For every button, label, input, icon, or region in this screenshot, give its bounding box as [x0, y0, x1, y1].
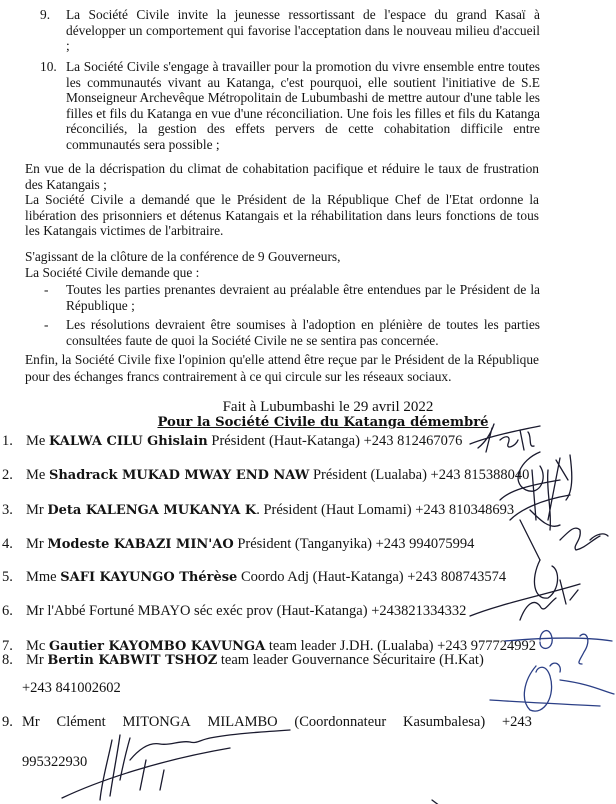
bullet-item: - Les résolutions devraient être soumise…	[40, 317, 540, 348]
signatory-role: Président (Lualaba)	[313, 467, 427, 483]
signatory-number: 4.	[2, 536, 26, 553]
bullet-text: Toutes les parties prenantes devraient a…	[66, 282, 540, 313]
signatory-heading: Pour la Société Civile du Katanga démemb…	[0, 415, 616, 430]
signatory-role: Président (Haut-Katanga)	[211, 433, 360, 449]
signatory-role: séc exéc prov (Haut-Katanga)	[194, 603, 368, 619]
signature-6	[470, 580, 580, 620]
signatory-title: Me	[26, 467, 45, 483]
signatory-role: team leader Gouvernance Sécuritaire (H.K…	[221, 652, 484, 668]
signatory-name: Deta KALENGA MUKANYA K	[47, 503, 256, 518]
signatory-phone: +243 994075994	[376, 536, 475, 552]
place-date: Fait à Lubumbashi le 29 avril 2022	[0, 399, 616, 416]
signatory-role: Président (Tanganyika)	[237, 536, 372, 552]
item-number: 10.	[40, 59, 57, 75]
signatory-name: KALWA CILU Ghislain	[49, 434, 208, 449]
signatory-role: Coordo Adj (Haut-Katanga)	[241, 569, 404, 585]
signatory-name: SAFI KAYUNGO Thérèse	[60, 570, 237, 585]
paragraph-decrispation: En vue de la décrispation du climat de c…	[25, 161, 539, 192]
signatory-row: 5.Mme SAFI KAYUNGO Thérèse Coordo Adj (H…	[2, 569, 506, 586]
signatory-number: 9.	[2, 714, 22, 731]
item-text: La Société Civile invite la jeunesse res…	[66, 7, 540, 54]
signatory-row: 6.Mr l'Abbé Fortuné MBAYO séc exéc prov …	[2, 603, 466, 620]
document-page: 9. La Société Civile invite la jeunesse …	[0, 0, 616, 804]
numbered-item-10: 10. La Société Civile s'engage à travail…	[40, 59, 540, 153]
signatory-name: Modeste KABAZI MIN'AO	[47, 537, 233, 552]
signatory-name-part: MILAMBO	[208, 714, 278, 731]
signatory-phone: 995322930	[22, 754, 87, 771]
signatory-number: 2.	[2, 467, 26, 484]
signature-9	[62, 730, 290, 800]
signatory-row: 1.Me KALWA CILU Ghislain Président (Haut…	[2, 433, 462, 450]
signatory-phone: +243 815388040	[431, 467, 530, 483]
signatory-name-suffix: .	[256, 502, 260, 518]
signatory-row: 2.Me Shadrack MUKAD MWAY END NAW Préside…	[2, 467, 529, 484]
signatory-number: 8.	[2, 652, 26, 669]
signatory-number: 6.	[2, 603, 26, 620]
paragraph-liberation: La Société Civile a demandé que le Prési…	[25, 192, 539, 239]
signatory-number: 1.	[2, 433, 26, 450]
signatory-phone: +243 841002602	[22, 680, 121, 697]
signatory-name: Bertin KABWIT TSHOZ	[47, 653, 217, 668]
signatory-name-part: Clément	[57, 714, 106, 731]
signatory-title: Mr	[26, 536, 44, 552]
signatory-role: Président (Haut Lomami)	[263, 502, 411, 518]
paragraph-enfin: Enfin, la Société Civile fixe l'opinion …	[25, 352, 539, 385]
signatory-title: Mr	[26, 603, 44, 619]
signatory-phone: +243 808743574	[407, 569, 506, 585]
signatory-role-part: Kasumbalesa)	[403, 714, 485, 731]
bullet-dash: -	[44, 282, 48, 298]
signatory-phone: +243 810348693	[415, 502, 514, 518]
signatory-row: 3.Mr Deta KALENGA MUKANYA K. Président (…	[2, 502, 514, 519]
bullet-text: Les résolutions devraient être soumises …	[66, 317, 540, 348]
paragraph-cloture: S'agissant de la clôture de la conférenc…	[25, 249, 539, 265]
signatory-name-part: MITONGA	[123, 714, 191, 731]
signatory-phone: +243 812467076	[364, 433, 463, 449]
signature-4	[560, 528, 608, 550]
signatory-name: l'Abbé Fortuné MBAYO	[47, 603, 190, 619]
signatory-phone-part: +243	[502, 714, 532, 731]
numbered-item-9: 9. La Société Civile invite la jeunesse …	[40, 7, 540, 54]
signatory-row: 9.Mr Clément MITONGA MILAMBO (Coordonnat…	[2, 714, 532, 731]
signatory-name: Shadrack MUKAD MWAY END NAW	[49, 468, 309, 483]
signatory-title: Mme	[26, 569, 57, 585]
signatory-number: 3.	[2, 502, 26, 519]
item-text: La Société Civile s'engage à travailler …	[66, 59, 540, 153]
signatory-title: Mr	[26, 652, 44, 668]
bullet-dash: -	[44, 317, 48, 333]
signatory-role-part: (Coordonnateur	[294, 714, 386, 731]
signatory-phone: +243821334332	[371, 603, 466, 619]
signature-8	[490, 663, 614, 711]
signatory-title: Me	[26, 433, 45, 449]
paragraph-demande: La Société Civile demande que :	[25, 265, 539, 281]
signatory-number: 5.	[2, 569, 26, 586]
signatory-row: 8.Mr Bertin KABWIT TSHOZ team leader Gou…	[2, 652, 484, 669]
signatory-title: Mr	[26, 502, 44, 518]
bullet-item: - Toutes les parties prenantes devraient…	[40, 282, 540, 313]
signatory-title: Mr	[22, 714, 40, 730]
signatory-row: 4.Mr Modeste KABAZI MIN'AO Président (Ta…	[2, 536, 474, 553]
signature-2	[518, 452, 572, 530]
item-number: 9.	[40, 7, 50, 23]
